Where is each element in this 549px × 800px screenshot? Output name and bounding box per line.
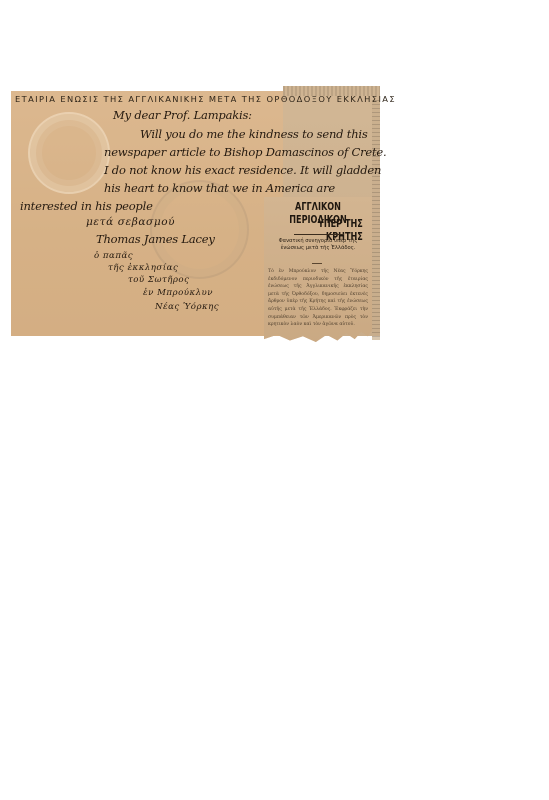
affiliation-line: ἐν Μπρούκλυν bbox=[143, 288, 213, 298]
newspaper-clipping: ΑΓΓΛΙΚΟΝ ΠΕΡΙΟΔΙΚΟΝ ΥΠΕΡ ΤΗΣ ΚΡΗΤΗΣ Φανα… bbox=[264, 197, 372, 342]
affiliation-line: Νέας Ὑόρκης bbox=[155, 302, 219, 312]
closing: μετά σεβασμού bbox=[86, 216, 175, 228]
letter-line: his heart to know that we in America are bbox=[104, 181, 335, 195]
affiliation-line: ὁ παπᾶς bbox=[94, 251, 133, 261]
clipping-right-edge bbox=[372, 100, 380, 340]
signature: Thomas James Lacey bbox=[96, 232, 215, 246]
embossed-seal-icon bbox=[28, 112, 110, 194]
letter-line: newspaper article to Bishop Damascinos o… bbox=[104, 145, 386, 159]
letter-line: Will you do me the kindness to send this bbox=[140, 127, 368, 141]
salutation: My dear Prof. Lampakis: bbox=[113, 108, 252, 122]
affiliation-line: τοῦ Σωτῆρος bbox=[128, 275, 189, 285]
clipping-subheadline: Φανατική συνηγορία ὑπὲρ τῆς ἑνώσεως μετὰ… bbox=[268, 238, 368, 252]
letter-line: I do not know his exact residence. It wi… bbox=[104, 163, 381, 177]
affiliation-line: τῆς ἐκκλησίας bbox=[108, 263, 178, 273]
clipping-body: Τὸ ἐν Μπρούκλυν τῆς Νέας Ὑόρκης ἐκδιδόμε… bbox=[268, 268, 368, 329]
clipping-dash bbox=[312, 263, 322, 264]
letter-line: interested in his people bbox=[20, 199, 153, 213]
clipping-rule bbox=[294, 234, 344, 235]
letterhead: ΕΤΑΙΡΙΑ ΕΝΩΣΙΣ ΤΗΣ ΑΓΓΛΙΚΑΝΙΚΗΣ ΜΕΤΑ ΤΗΣ… bbox=[15, 94, 375, 104]
